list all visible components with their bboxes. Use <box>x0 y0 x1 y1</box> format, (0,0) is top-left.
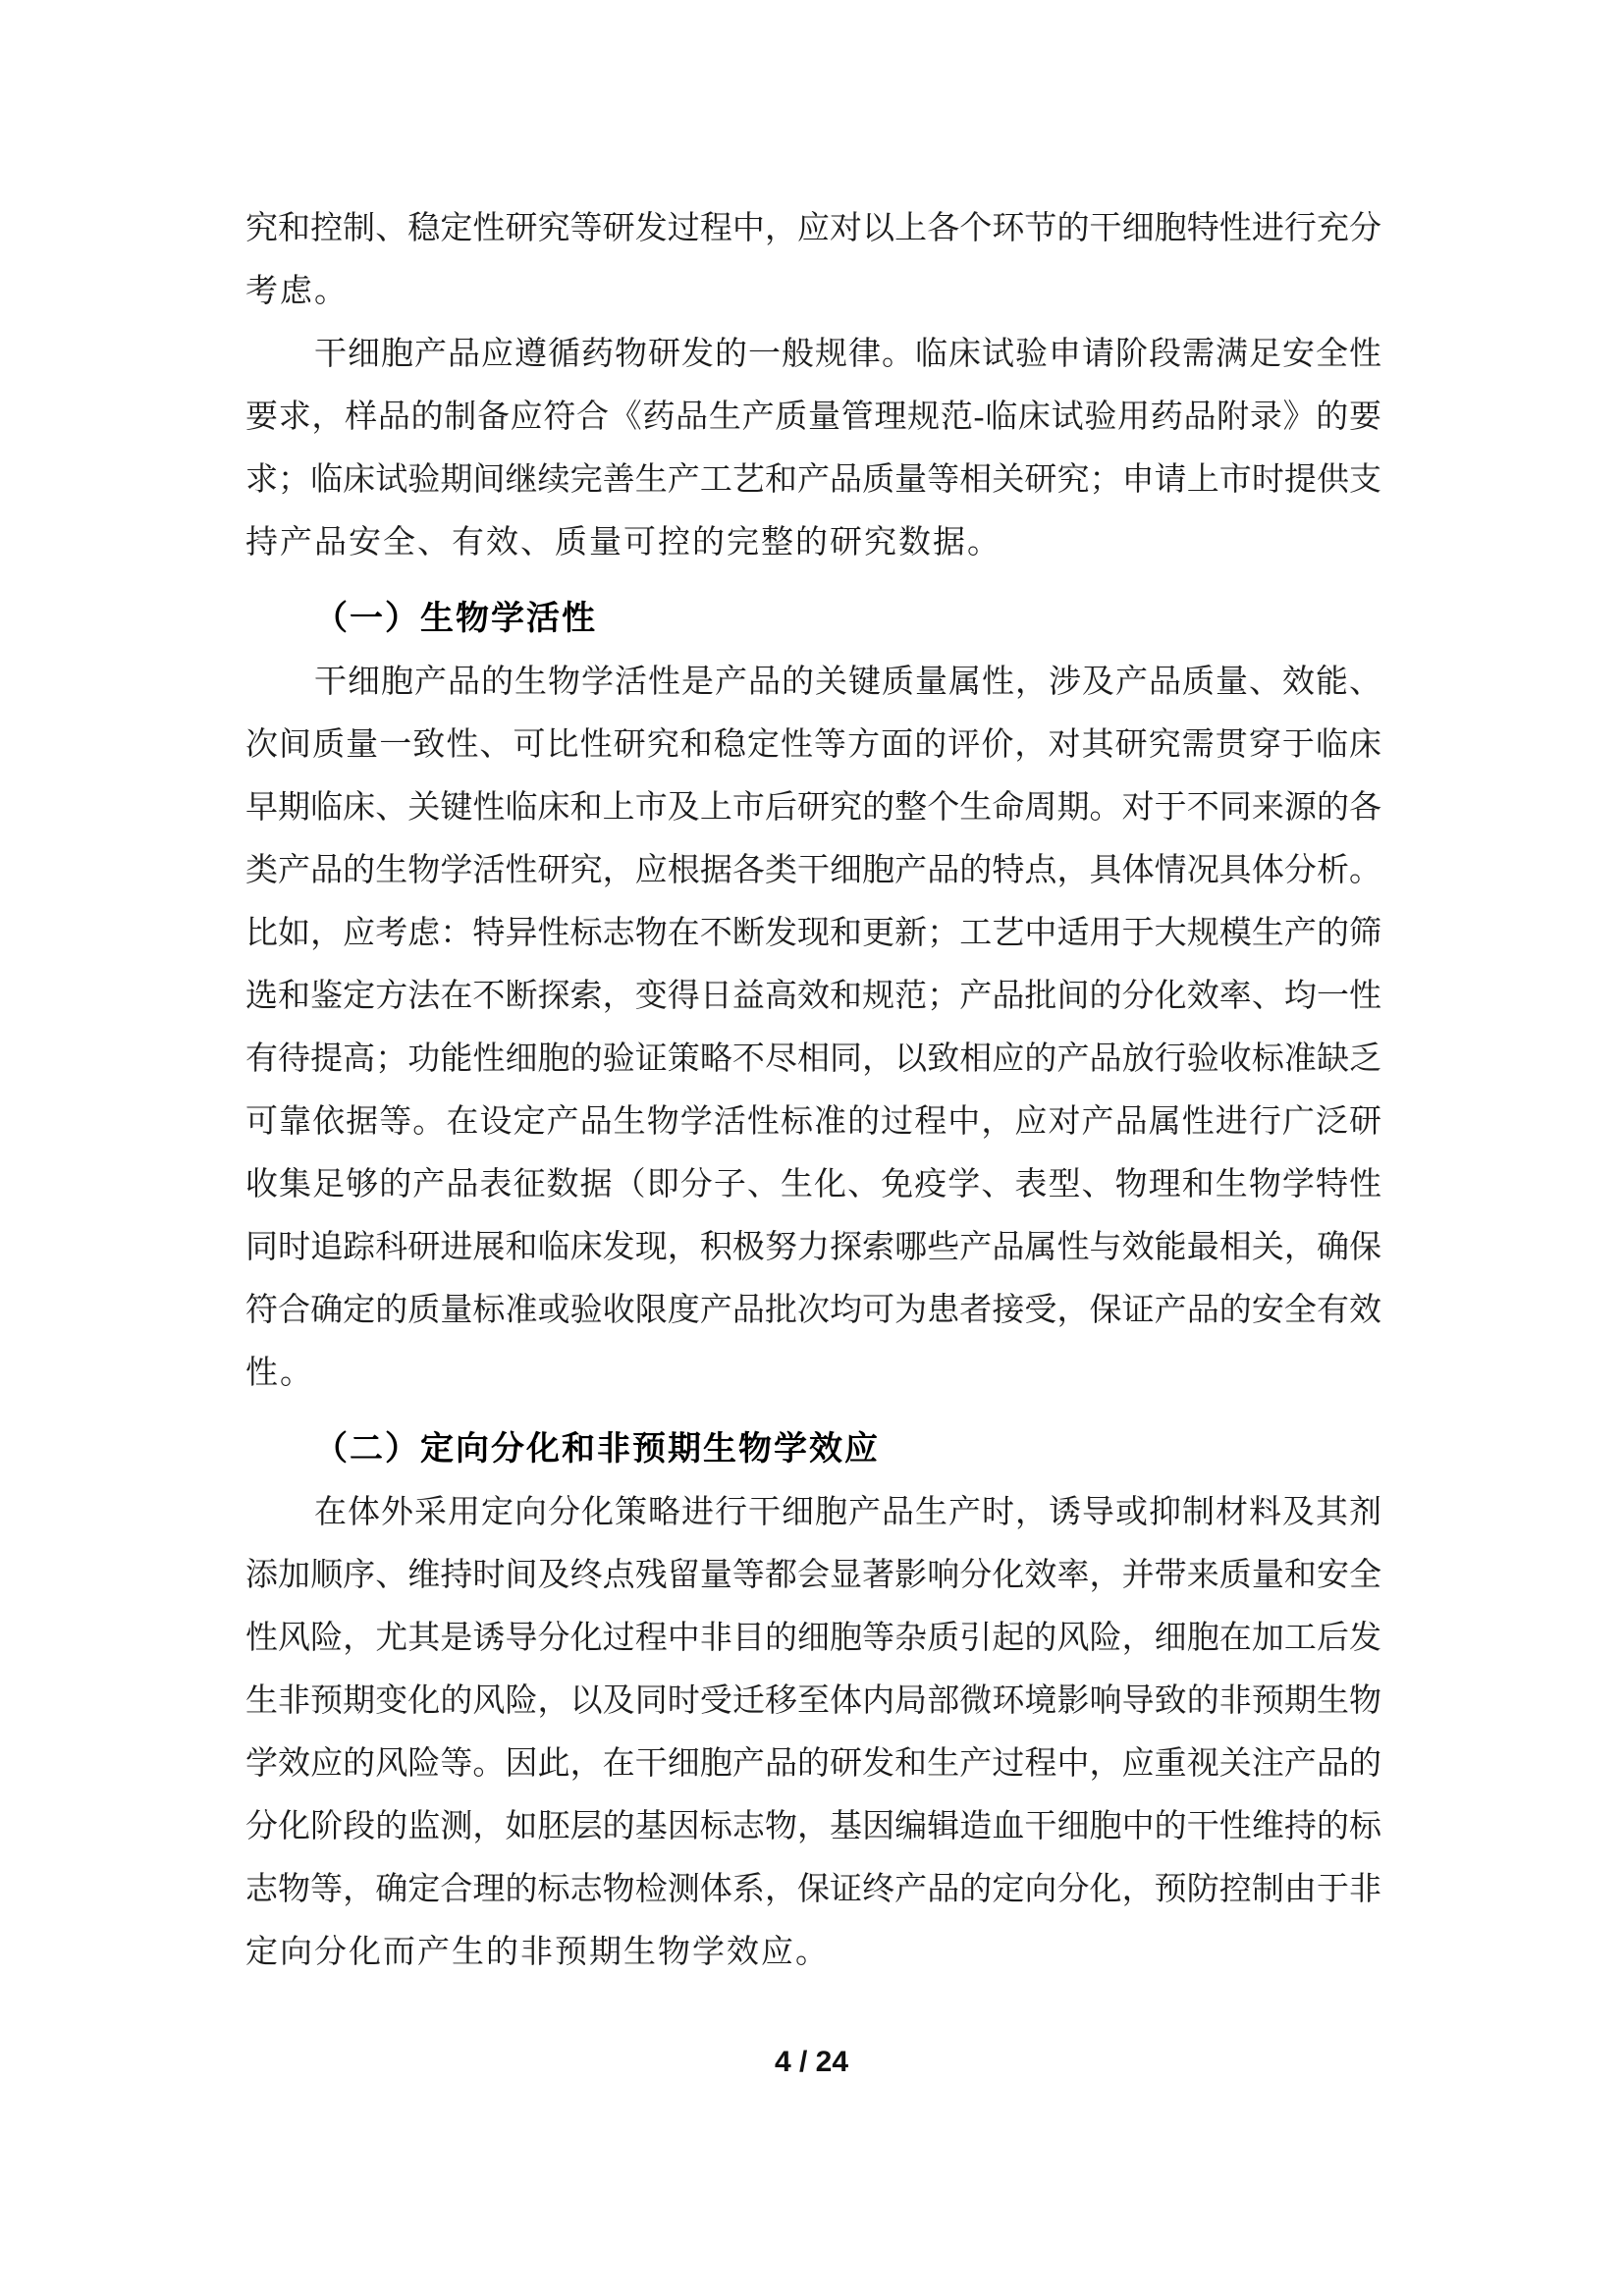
text-line: 添加顺序、维持时间及终点残留量等都会显著影响分化效率，并带来质量和安全 <box>245 1544 1381 1607</box>
text-line: 早期临床、关键性临床和上市及上市后研究的整个生命周期。对于不同来源的各 <box>245 776 1381 839</box>
text-line: 比如，应考虑：特异性标志物在不断发现和更新；工艺中适用于大规模生产的筛 <box>245 902 1381 965</box>
text-line: 持产品安全、有效、质量可控的完整的研究数据。 <box>245 511 1381 574</box>
text-line: 定向分化而产生的非预期生物学效应。 <box>245 1921 1381 1984</box>
text-line: 分化阶段的监测，如胚层的基因标志物，基因编辑造血干细胞中的干性维持的标 <box>245 1795 1381 1858</box>
text-line: 收集足够的产品表征数据（即分子、生化、免疫学、表型、物理和生物学特性等）， <box>245 1153 1381 1216</box>
text-line: 干细胞产品的生物学活性是产品的关键质量属性，涉及产品质量、效能、批 <box>245 651 1381 714</box>
section-heading: （一）生物学活性 <box>245 588 1381 651</box>
text-line: 性。 <box>245 1342 1381 1405</box>
text-line: 学效应的风险等。因此，在干细胞产品的研发和生产过程中，应重视关注产品的 <box>245 1733 1381 1795</box>
text-line: 类产品的生物学活性研究，应根据各类干细胞产品的特点，具体情况具体分析。 <box>245 839 1381 902</box>
page-content: 究和控制、稳定性研究等研发过程中，应对以上各个环节的干细胞特性进行充分考虑。干细… <box>245 197 1381 1984</box>
paragraph: 究和控制、稳定性研究等研发过程中，应对以上各个环节的干细胞特性进行充分考虑。 <box>245 197 1381 323</box>
text-line: 求；临床试验期间继续完善生产工艺和产品质量等相关研究；申请上市时提供支 <box>245 449 1381 511</box>
text-line: 在体外采用定向分化策略进行干细胞产品生产时，诱导或抑制材料及其剂量、 <box>245 1481 1381 1544</box>
text-line: 要求，样品的制备应符合《药品生产质量管理规范-临床试验用药品附录》的要 <box>245 386 1381 449</box>
text-line: 可靠依据等。在设定产品生物学活性标准的过程中，应对产品属性进行广泛研究， <box>245 1091 1381 1153</box>
page-footer: 4 / 24 <box>0 2042 1623 2083</box>
text-line: 次间质量一致性、可比性研究和稳定性等方面的评价，对其研究需贯穿于临床前、 <box>245 714 1381 776</box>
text-line: 究和控制、稳定性研究等研发过程中，应对以上各个环节的干细胞特性进行充分 <box>245 197 1381 260</box>
text-line: 符合确定的质量标准或验收限度产品批次均可为患者接受，保证产品的安全有效 <box>245 1279 1381 1342</box>
document-page: 究和控制、稳定性研究等研发过程中，应对以上各个环节的干细胞特性进行充分考虑。干细… <box>0 0 1623 2296</box>
text-line: 同时追踪科研进展和临床发现，积极努力探索哪些产品属性与效能最相关，确保 <box>245 1216 1381 1279</box>
paragraph: 在体外采用定向分化策略进行干细胞产品生产时，诱导或抑制材料及其剂量、添加顺序、维… <box>245 1481 1381 1984</box>
page-number: 4 / 24 <box>775 2046 848 2078</box>
paragraph: 干细胞产品的生物学活性是产品的关键质量属性，涉及产品质量、效能、批次间质量一致性… <box>245 651 1381 1405</box>
section-heading: （二）定向分化和非预期生物学效应 <box>245 1418 1381 1481</box>
text-line: 生非预期变化的风险，以及同时受迁移至体内局部微环境影响导致的非预期生物 <box>245 1670 1381 1733</box>
text-line: 有待提高；功能性细胞的验证策略不尽相同，以致相应的产品放行验收标准缺乏 <box>245 1028 1381 1091</box>
paragraph: 干细胞产品应遵循药物研发的一般规律。临床试验申请阶段需满足安全性的要求，样品的制… <box>245 323 1381 574</box>
text-line: 选和鉴定方法在不断探索，变得日益高效和规范；产品批间的分化效率、均一性 <box>245 965 1381 1028</box>
text-line: 干细胞产品应遵循药物研发的一般规律。临床试验申请阶段需满足安全性的 <box>245 323 1381 386</box>
text-line: 性风险，尤其是诱导分化过程中非目的细胞等杂质引起的风险，细胞在加工后发 <box>245 1607 1381 1670</box>
text-line: 志物等，确定合理的标志物检测体系，保证终产品的定向分化，预防控制由于非 <box>245 1858 1381 1921</box>
text-line: 考虑。 <box>245 260 1381 323</box>
